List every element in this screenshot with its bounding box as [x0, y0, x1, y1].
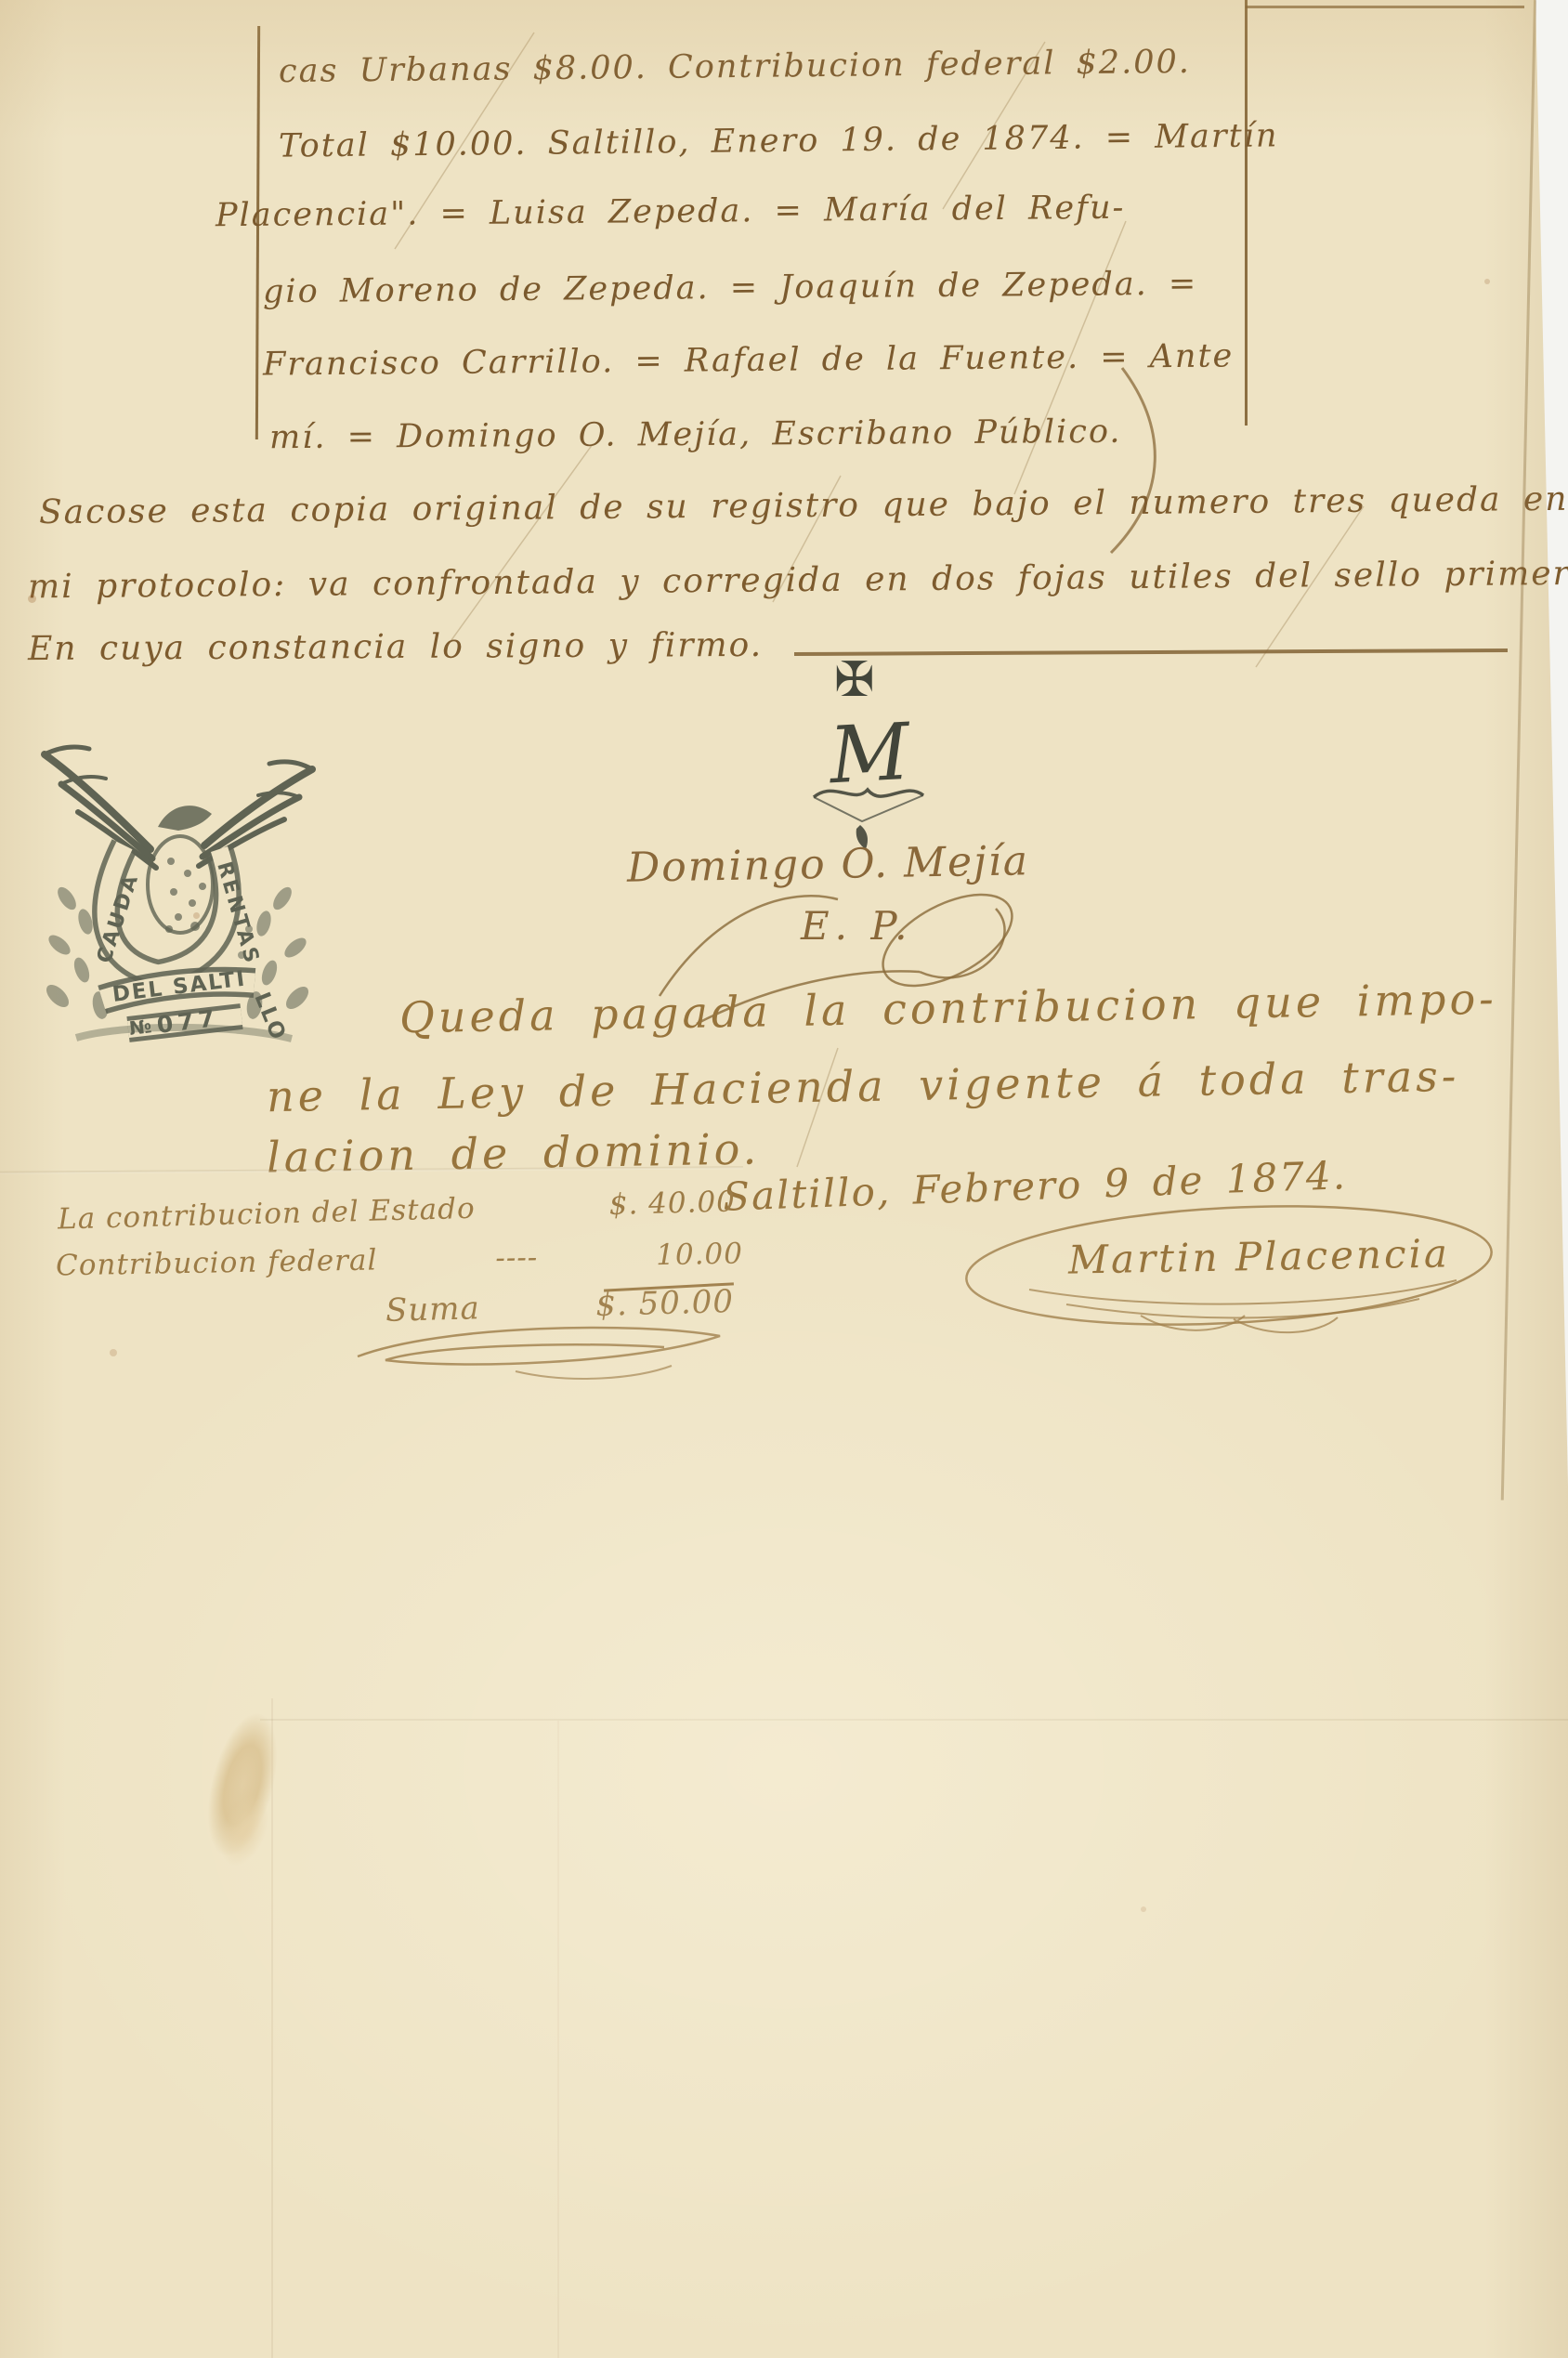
sum-amount: $. 50.00 [595, 1283, 735, 1324]
account-flourish [330, 1319, 748, 1384]
manuscript-line: lacion de dominio. [267, 1123, 761, 1182]
manuscript-line: mí. = Domingo O. Mejía, Escribano Públic… [269, 413, 1122, 456]
notary-title-abbrev: E. P. [801, 903, 912, 949]
manuscript-line: En cuya constancia lo signo y firmo. [28, 626, 763, 668]
account-amount: 10.00 [656, 1238, 743, 1273]
manuscript-page: cas Urbanas $8.00. Contribucion federal … [0, 0, 1568, 2358]
account-amount: $. 40.00 [608, 1185, 736, 1222]
leader-dashes: ---- [495, 1240, 539, 1275]
eagle-wings [45, 747, 312, 868]
notarial-cross-icon: ✠ [834, 652, 875, 708]
top-margin-rule [1246, 6, 1524, 8]
closing-flourish [1094, 362, 1178, 562]
eagle-head [158, 806, 212, 831]
revenue-stamp: CAUDA RENTAS DEL SALTI LLO № 077 [20, 727, 332, 1061]
manuscript-line: Placencia". = Luisa Zepeda. = María del … [216, 190, 1126, 235]
placencia-signature-name: Martin Placencia [1068, 1230, 1451, 1282]
stamp-number: 077 [155, 1004, 220, 1039]
account-label: Contribucion federal [56, 1243, 378, 1282]
right-margin-rule [1245, 0, 1248, 426]
